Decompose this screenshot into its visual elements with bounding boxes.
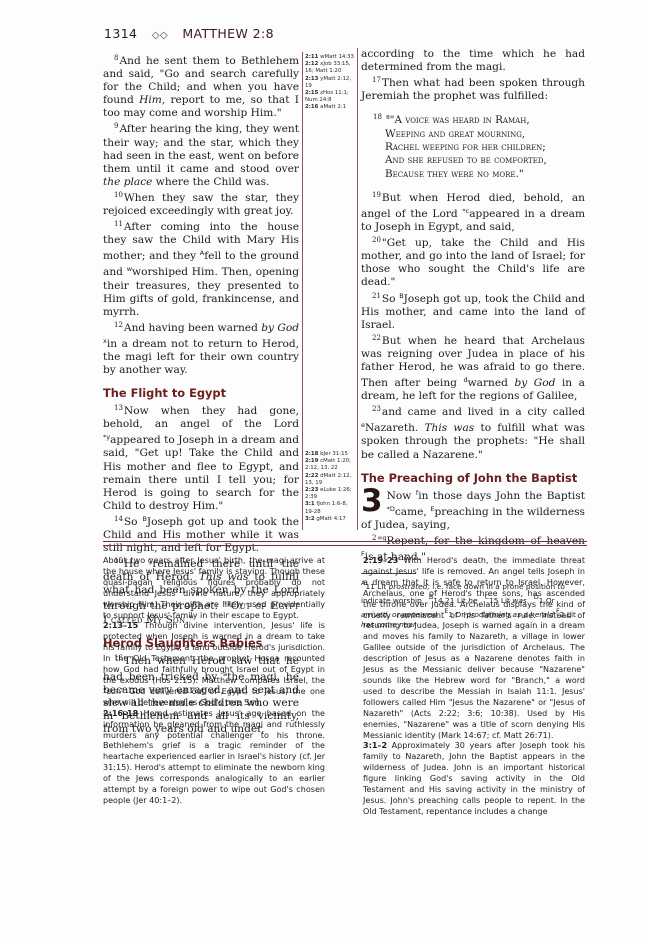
xref-item: 2:18 bJer 31:15 [305,451,355,458]
xref-item: 2:23 eLuke 1:26; 2:39 [305,487,355,501]
xref-item: 2:19 cMatt 1:20; 2:12, 13, 22 [305,458,355,472]
poetry-line: Weeping and great mourning, [361,128,585,141]
column-divider-left [302,52,303,530]
verse-11: 11After coming into the house they saw t… [103,218,299,319]
chapter-3-verse-1: 3Now fin those days John the Baptist *Dc… [361,487,585,532]
cross-references-top: 2:11 wMatt 14:33 2:12 xJob 33:15, 16; Ma… [305,54,355,112]
verse-18-poetry: 18 b"A voice was heard in Ramah, Weeping… [361,111,585,180]
verse-23: 23and came and lived in a city called eN… [361,403,585,461]
poetry-line: Because they were no more." [361,168,585,181]
poetry-line: 18 b"A voice was heard in Ramah, [361,111,585,127]
study-note: 2:16–18 Herod estimates Jesus' age based… [103,709,325,807]
scripture-column-right: according to the time which he had deter… [361,48,585,630]
study-notes-right: 2:19–23 With Herod's death, the immediat… [363,556,585,818]
page-number: 1314 [104,26,137,41]
study-note: 3:1–2 Approximately 30 years after Josep… [363,741,585,817]
column-divider-right [357,48,358,530]
xref-item: 2:16 aMatt 2:1 [305,104,355,111]
study-notes-divider-bottom [103,545,587,546]
running-head: 1314 ◇◇ MATTHEW 2:8 [104,26,274,41]
verse-9: 9After hearing the king, they went their… [103,120,299,188]
xref-item: 3:1 fJohn 1:6-8, 19-28 [305,501,355,515]
ornament-icon: ◇◇ [152,30,168,41]
study-notes-divider-top [103,541,587,542]
verse-16-continued: according to the time which he had deter… [361,48,585,74]
study-note: About two years after Jesus' birth, the … [103,556,325,621]
poetry-line: Rachel weeping for her children; [361,141,585,154]
section-heading-flight-to-egypt: The Flight to Egypt [103,386,299,400]
verse-14: 14So BJoseph got up and took the Child a… [103,513,299,555]
xref-item: 2:12 xJob 33:15, 16; Matt 1:20 [305,61,355,75]
verse-21: 21So BJoseph got up, took the Child and … [361,290,585,332]
book-reference: MATTHEW 2:8 [182,26,274,41]
xref-item: 2:13 yMatt 2:12, 19 [305,76,355,90]
xref-item: 2:15 zHos 11:1; Num 24:8 [305,90,355,104]
xref-item: 2:11 wMatt 14:33 [305,54,355,61]
bible-page: 1314 ◇◇ MATTHEW 2:8 8And he sent them to… [0,0,647,943]
xref-item: 3:2 gMatt 4:17 [305,516,355,523]
section-heading-preaching-of-john: The Preaching of John the Baptist [361,471,585,485]
verse-8: 8And he sent them to Bethlehem and said,… [103,52,299,120]
poetry-line: And she refused to be comforted, [361,154,585,167]
study-note: 2:19–23 With Herod's death, the immediat… [363,556,585,741]
verse-13: 13Now when they had gone, behold, an ang… [103,402,299,513]
chapter-number: 3 [361,488,383,514]
study-notes-left: About two years after Jesus' birth, the … [103,556,325,807]
study-note: 2:13–15 Through divine intervention, Jes… [103,621,325,708]
verse-19: 19But when Herod died, behold, an angel … [361,189,585,234]
xref-item: 2:22 dMatt 2:12, 13, 19 [305,473,355,487]
cross-references-bottom: 2:18 bJer 31:15 2:19 cMatt 1:20; 2:12, 1… [305,451,355,523]
verse-20: 20"Get up, take the Child and His mother… [361,234,585,289]
verse-17: 17Then what had been spoken through Jere… [361,74,585,103]
verse-12: 12And having been warned by God xin a dr… [103,319,299,377]
verse-22: 22But when he heard that Archelaus was r… [361,332,585,403]
verse-10: 10When they saw the star, they rejoiced … [103,189,299,218]
